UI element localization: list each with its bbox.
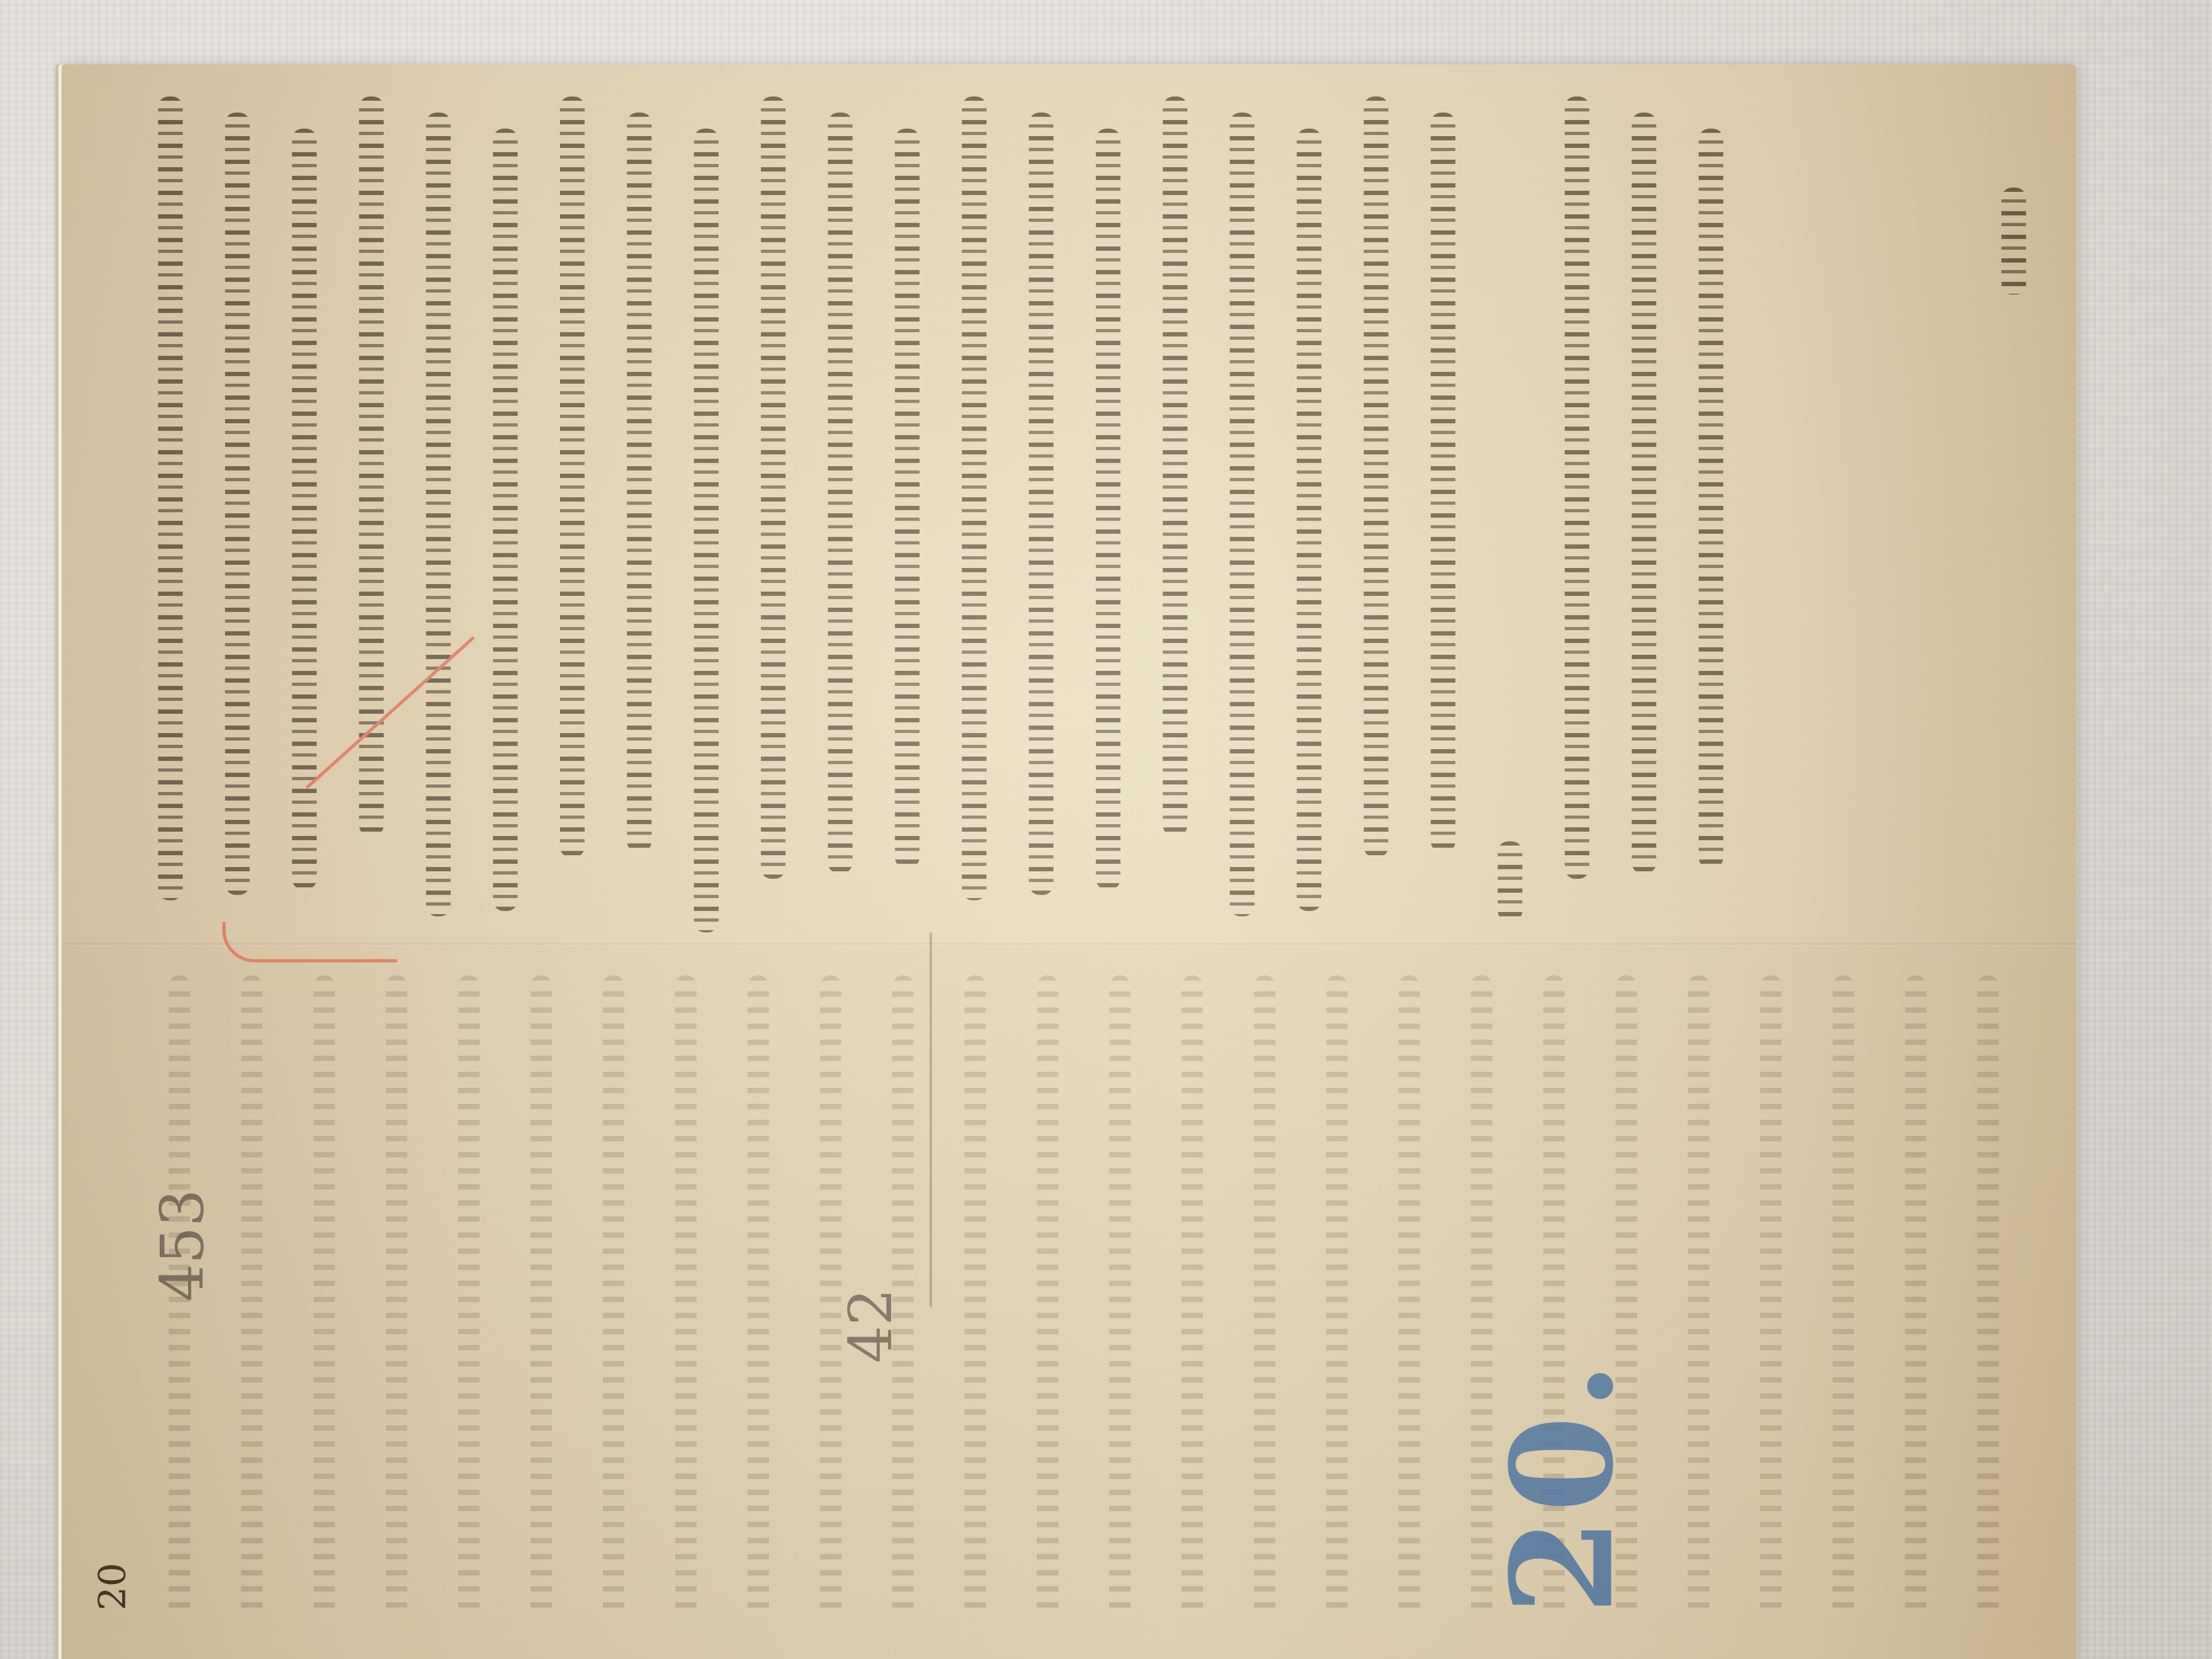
page-fold — [62, 943, 2076, 946]
bleed-through-line — [675, 975, 697, 1618]
bleed-through-line — [1833, 975, 1854, 1618]
bleed-through-line — [1616, 975, 1637, 1618]
bleed-through-line — [1688, 975, 1709, 1618]
bleed-through-line — [892, 975, 914, 1618]
handwritten-line — [225, 113, 250, 895]
handwritten-line — [627, 113, 652, 852]
handwritten-line — [560, 96, 585, 857]
handwritten-line — [962, 96, 987, 900]
handwritten-line — [158, 96, 183, 900]
corner-number: 20 — [91, 1563, 134, 1610]
handwritten-line — [426, 113, 451, 916]
bleed-through-line — [1543, 975, 1565, 1618]
blue-folio-number: 20. — [1481, 1356, 1645, 1615]
handwritten-line — [761, 96, 786, 879]
handwritten-line — [1230, 113, 1254, 916]
bleed-through-line — [313, 975, 335, 1618]
handwritten-line — [1632, 113, 1656, 873]
handwritten-line — [828, 113, 853, 873]
handwritten-line — [1029, 113, 1053, 895]
bleed-through-line — [241, 975, 263, 1618]
bleed-through-line — [530, 975, 552, 1618]
bleed-through-line — [458, 975, 480, 1618]
handwritten-line — [694, 129, 719, 932]
bleed-through-line — [1109, 975, 1131, 1618]
handwritten-line — [1163, 96, 1187, 836]
handwritten-line — [1498, 841, 1522, 922]
bleed-through-line — [386, 975, 407, 1618]
bleed-through-line — [603, 975, 624, 1618]
pencil-number-453: 453 — [148, 1189, 216, 1302]
bleed-through-line — [1399, 975, 1420, 1618]
bleed-through-line — [820, 975, 841, 1618]
pencil-number-42: 42 — [836, 1288, 905, 1363]
bleed-through-area — [62, 946, 2076, 1659]
red-pencil-strike — [305, 636, 475, 789]
bleed-through-line — [1254, 975, 1275, 1618]
bleed-through-line — [1037, 975, 1058, 1618]
bleed-through-line — [1326, 975, 1348, 1618]
handwritten-line — [1297, 129, 1321, 911]
handwritten-line — [1431, 113, 1455, 852]
handwritten-line — [1364, 96, 1388, 857]
handwritten-line — [2001, 188, 2026, 295]
bleed-through-line — [1471, 975, 1492, 1618]
handwritten-line — [1096, 129, 1120, 890]
handwritten-line — [292, 129, 317, 890]
bleed-through-line — [1977, 975, 1999, 1618]
handwritten-line — [359, 96, 384, 836]
bleed-through-line — [169, 975, 190, 1618]
bleed-through-line — [748, 975, 769, 1618]
pencil-arrow-line — [930, 932, 932, 1307]
handwritten-line — [1699, 129, 1723, 868]
bleed-through-line — [1182, 975, 1203, 1618]
manuscript-page: 20. 42 453 20 — [62, 64, 2076, 1659]
red-pencil-bracket — [222, 922, 397, 962]
handwritten-line — [895, 129, 920, 868]
handwritten-line — [493, 129, 518, 911]
bleed-through-line — [1760, 975, 1782, 1618]
bleed-through-line — [1905, 975, 1926, 1618]
handwritten-line — [1565, 96, 1589, 879]
bleed-through-line — [965, 975, 986, 1618]
